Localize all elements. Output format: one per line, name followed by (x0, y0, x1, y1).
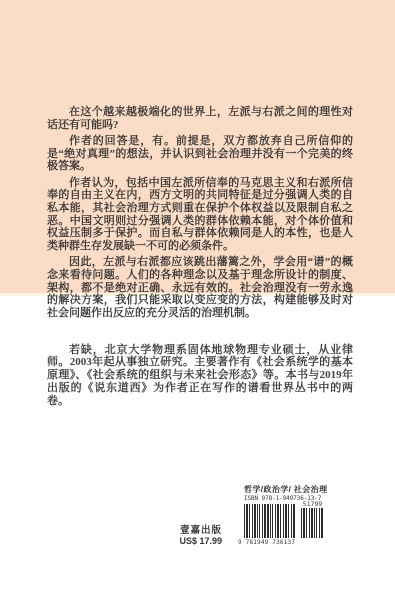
book-back-cover: 在这个越来越极端化的世界上，左派与右派之间的理性对话还有可能吗? 作者的回答是，… (0, 0, 395, 593)
barcode-addon-price-code: 51799 (301, 500, 324, 508)
ean13-barcode (244, 504, 296, 538)
ean5-addon-barcode (301, 508, 324, 538)
publisher-name: 壹嘉出版 (150, 522, 222, 536)
category-label: 哲学/政治学/ 社会治理 (244, 484, 327, 495)
barcode-number: 9 781949 736137 (238, 539, 295, 546)
blurb-paragraph: 作者的回答是，有。前提是，双方都放弃自己所信仰的是“绝对真理”的想法，并认识到社… (47, 135, 353, 173)
back-cover-text-block: 在这个越来越极端化的世界上，左派与右派之间的理性对话还有可能吗? 作者的回答是，… (47, 106, 353, 411)
blurb-paragraph: 因此，左派与右派都应该跳出藩篱之外，学会用“谱”的概念来看待问题。人们的各种理念… (47, 256, 353, 320)
price-label: US$ 17.99 (150, 536, 222, 546)
blurb-paragraph: 在这个越来越极端化的世界上，左派与右派之间的理性对话还有可能吗? (47, 106, 353, 131)
author-bio: 若缺，北京大学物理系固体地球物理专业硕士，从业律师。2003年起从事独立研究。主… (47, 344, 353, 408)
blurb-paragraph: 作者认为，包括中国左派所信奉的马克思主义和右派所信奉的自由主义在内，西方文明的共… (47, 177, 353, 253)
